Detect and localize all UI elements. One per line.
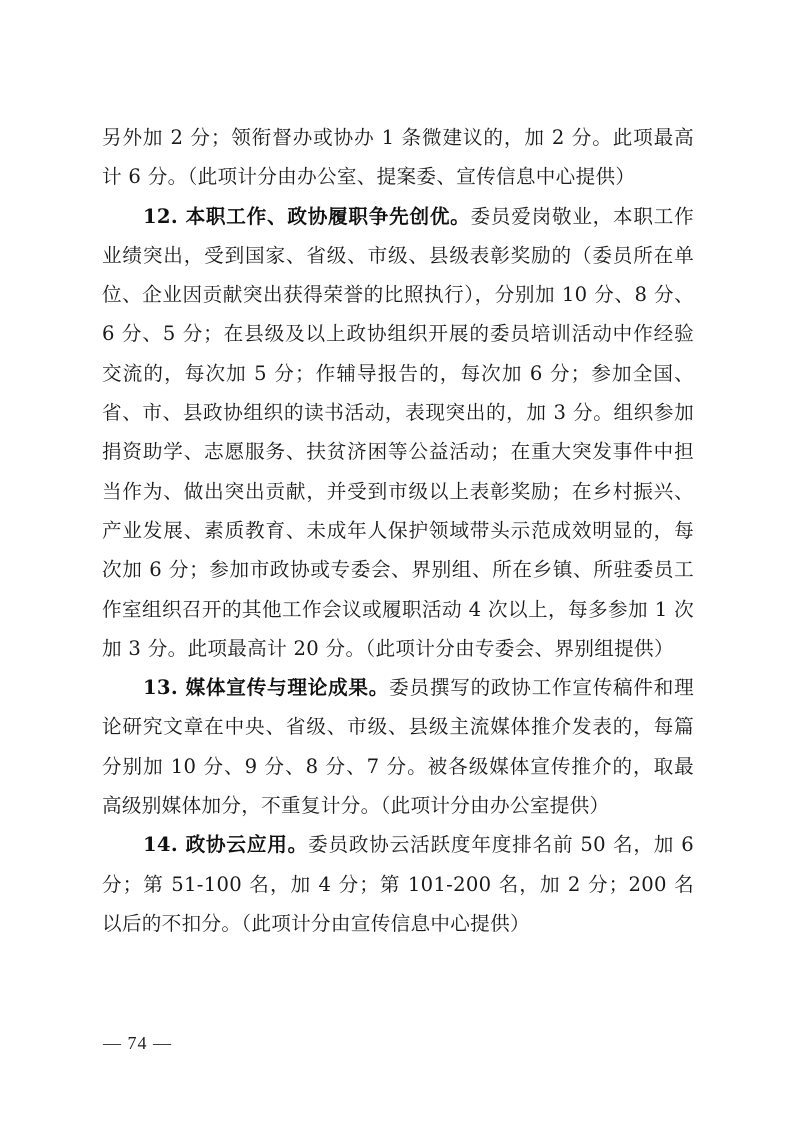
paragraph-item-14: 14. 政协云应用。委员政协云活跃度年度排名前 50 名，加 6 分；第 51-… — [102, 825, 694, 943]
paragraph-heading: 12. 本职工作、政协履职争先创优。 — [143, 205, 471, 228]
page-number: — 74 — — [103, 1033, 172, 1054]
paragraph-text: 另外加 2 分；领衔督办或协办 1 条微建议的，加 2 分。此项最高计 6 分。… — [102, 126, 694, 188]
paragraph-continuation: 另外加 2 分；领衔督办或协办 1 条微建议的，加 2 分。此项最高计 6 分。… — [102, 118, 694, 197]
paragraph-text: 委员爱岗敬业，本职工作业绩突出，受到国家、省级、市级、县级表彰奖励的（委员所在单… — [102, 205, 694, 660]
paragraph-item-12: 12. 本职工作、政协履职争先创优。委员爱岗敬业，本职工作业绩突出，受到国家、省… — [102, 197, 694, 669]
paragraph-heading: 13. 媒体宣传与理论成果。 — [143, 676, 389, 699]
paragraph-heading: 14. 政协云应用。 — [143, 833, 308, 856]
document-body: 另外加 2 分；领衔督办或协办 1 条微建议的，加 2 分。此项最高计 6 分。… — [102, 118, 694, 943]
paragraph-item-13: 13. 媒体宣传与理论成果。委员撰写的政协工作宣传稿件和理论研究文章在中央、省级… — [102, 668, 694, 825]
